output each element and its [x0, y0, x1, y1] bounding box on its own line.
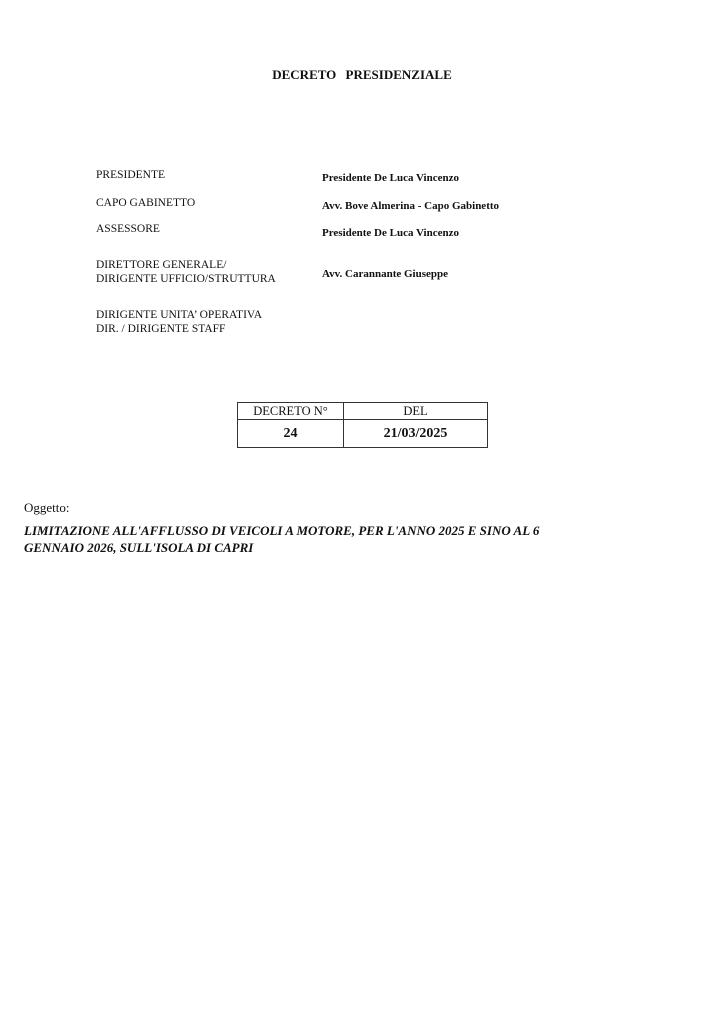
subject-line: GENNAIO 2026, SULL'ISOLA DI CAPRI	[24, 539, 664, 556]
decree-number-value: 24	[238, 420, 344, 448]
role-label-assessore: ASSESSORE	[96, 222, 160, 236]
subject-label: Oggetto:	[24, 500, 70, 516]
decree-date-header: DEL	[344, 403, 488, 420]
role-label-presidente: PRESIDENTE	[96, 168, 165, 182]
role-label-direttore-generale: DIRETTORE GENERALE/ DIRIGENTE UFFICIO/ST…	[96, 258, 276, 286]
decree-number-table: DECRETO N° DEL 24 21/03/2025	[237, 402, 488, 448]
role-label-capo-gabinetto: CAPO GABINETTO	[96, 196, 195, 210]
document-title: DECRETO PRESIDENZIALE	[0, 67, 724, 83]
decree-date-value: 21/03/2025	[344, 420, 488, 448]
role-label-line: DIRIGENTE UNITA’ OPERATIVA	[96, 308, 262, 322]
role-label-dirigente-unita: DIRIGENTE UNITA’ OPERATIVA DIR. / DIRIGE…	[96, 308, 262, 336]
role-label-line: DIR. / DIRIGENTE STAFF	[96, 322, 262, 336]
decree-number-header: DECRETO N°	[238, 403, 344, 420]
role-value-direttore-generale: Avv. Carannante Giuseppe	[322, 268, 448, 280]
role-value-assessore: Presidente De Luca Vincenzo	[322, 227, 459, 239]
subject-text: LIMITAZIONE ALL'AFFLUSSO DI VEICOLI A MO…	[24, 522, 664, 556]
role-value-presidente: Presidente De Luca Vincenzo	[322, 172, 459, 184]
subject-line: LIMITAZIONE ALL'AFFLUSSO DI VEICOLI A MO…	[24, 522, 664, 539]
role-label-line: DIRETTORE GENERALE/	[96, 258, 276, 272]
role-value-capo-gabinetto: Avv. Bove Almerina - Capo Gabinetto	[322, 200, 499, 212]
role-label-line: DIRIGENTE UFFICIO/STRUTTURA	[96, 272, 276, 286]
